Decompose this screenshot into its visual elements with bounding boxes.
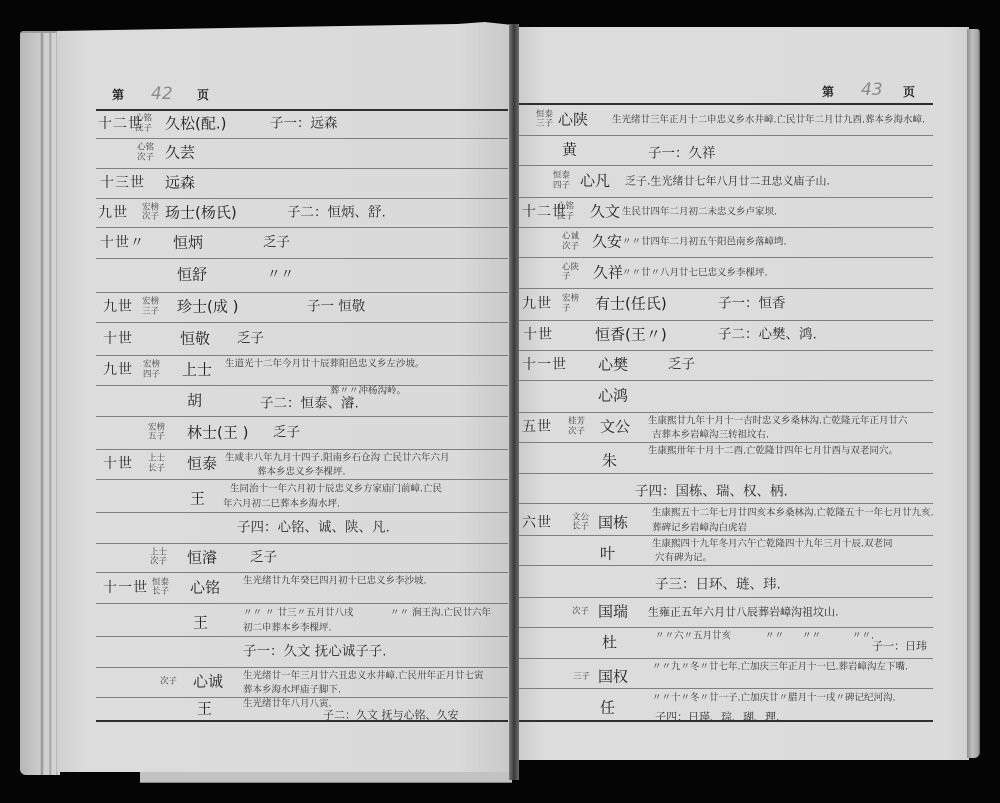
family-note: 子一：恒香 xyxy=(718,297,786,311)
family-note: 生雍正五年六月廿八辰葬岩嶂沟祖坟山. xyxy=(648,607,839,618)
family-note: 子一：久祥 xyxy=(648,147,716,161)
page-number: 42 xyxy=(151,86,173,103)
person-name: 文公 xyxy=(600,420,630,435)
genealogy-row: 恒泰三子 心陕 生光绪廿三年正月十二申忠义乡水井嶂.亡民廿年二月廿九酉.葬本乡海… xyxy=(0,104,1000,135)
life-record-line: 〃〃九〃冬〃廿七年.亡加庆三年正月十一巳.葬岩嶂沟左下嘴. xyxy=(652,662,908,672)
person-name: 任 xyxy=(600,700,615,715)
generation-label: 十一世 xyxy=(522,358,567,372)
relation-note-line: 抚子 xyxy=(557,212,574,222)
life-record-line: 生康熙廿九年十月十一吉时忠义乡桑林沟.亡乾隆元年正月廿六 xyxy=(648,416,908,426)
person-name: 有士(任氏) xyxy=(595,297,667,312)
page-label-suffix: 页 xyxy=(903,86,915,98)
person-name: 久祥 xyxy=(593,265,623,280)
life-record-line: 生民廿四年二月初二未忠义乡卢家坝. xyxy=(622,207,777,217)
genealogy-row: 恒泰四子 心凡 乏子.生光绪廿七年八月廿二丑忠义庙子山. xyxy=(0,165,1000,197)
genealogy-row: 五世 桂芳次子 文公 生康熙廿九年十月十一吉时忠义乡桑林沟.亡乾隆元年正月廿六 … xyxy=(0,412,1000,442)
generation-label: 九世 xyxy=(522,297,552,311)
person-name: 心陕 xyxy=(558,112,588,127)
family-note: 子四：日瑛、琮、瑚、理. xyxy=(655,712,780,723)
genealogy-row: 杜 〃〃六〃五月廿亥 〃〃 〃〃 〃〃. 子一：日玮 xyxy=(0,627,1000,658)
person-name: 恒香(王〃) xyxy=(595,328,667,343)
relation-note: 心铭抚子 xyxy=(557,203,574,222)
genealogy-row: 十一世 心樊 乏子 xyxy=(0,350,1000,380)
family-note: 子一：日玮 xyxy=(872,641,927,652)
life-record-line: 生康熙卅年十月十二酉.亡乾隆廿四年七月廿酉与双老同穴。 xyxy=(648,447,898,457)
life-record-line: 葬碑记乡岩嶂沟白虎岩 xyxy=(652,523,747,533)
genealogy-row: 十世 恒香(王〃) 子二：心樊、鸿. xyxy=(0,320,1000,350)
relation-note-line: 三子 xyxy=(536,120,553,130)
life-record-line: 〃〃 xyxy=(802,632,821,642)
relation-note-line: 次子 xyxy=(562,242,579,252)
genealogy-row: 黄 子一：久祥 xyxy=(0,135,1000,165)
life-record-line: 〃〃廿〃八月廿七巳忠义乡李棵坪. xyxy=(622,268,768,278)
relation-note-line: 长子 xyxy=(572,523,589,533)
family-note: 乏子 xyxy=(668,358,695,372)
life-record-line: 〃〃廿四年二月初五午阳邑南乡落嶂塆. xyxy=(622,237,787,247)
genealogy-row: 心鸿 xyxy=(0,380,1000,412)
life-record-line: 〃〃 xyxy=(765,632,784,642)
person-name: 国栋 xyxy=(598,515,628,530)
genealogy-row: 叶 生康熙四十九年冬月六午亡乾隆四十九年三月十辰.双老同 穴有碑为记。 xyxy=(0,535,1000,565)
relation-note: 次子 xyxy=(572,607,589,617)
person-name: 朱 xyxy=(602,454,617,469)
page-label-prefix: 第 xyxy=(822,86,834,98)
relation-note-line: 子 xyxy=(562,304,579,314)
genealogy-row: 任 〃〃十〃冬〃廿一子.亡加庆廿〃腊月十一戌〃碑记纪河沟. 子四：日瑛、琮、瑚、… xyxy=(0,688,1000,720)
generation-label: 五世 xyxy=(522,420,552,434)
relation-note-line: 三子 xyxy=(573,672,590,682)
generation-label: 六世 xyxy=(522,516,552,530)
relation-note-line: 次子 xyxy=(568,427,585,437)
relation-note: 恒泰三子 xyxy=(536,110,553,129)
relation-note-line: 子 xyxy=(562,273,579,283)
relation-note-line: 次子 xyxy=(572,607,589,617)
genealogy-row: 朱 生康熙卅年十月十二酉.亡乾隆廿四年七月廿酉与双老同穴。 xyxy=(0,442,1000,473)
relation-note: 心陕子 xyxy=(562,263,579,282)
life-record-line: 生康熙五十二年七月廿四亥本乡桑林沟.亡乾隆五十一年七月廿九亥. xyxy=(652,508,934,518)
family-note: 子四：国栋、瑞、权、柄. xyxy=(635,485,788,499)
genealogy-row: 次子 国瑞 生雍正五年六月廿八辰葬岩嶂沟祖坟山. xyxy=(0,597,1000,627)
genealogy-row: 九世 宏榜子 有士(任氏) 子一：恒香 xyxy=(0,288,1000,320)
person-name: 心凡 xyxy=(580,174,610,189)
page-number: 43 xyxy=(861,82,883,99)
person-name: 黄 xyxy=(562,143,577,158)
life-record-line: 生康熙四十九年冬月六午亡乾隆四十九年三月十辰.双老同 xyxy=(652,539,893,549)
relation-note: 桂芳次子 xyxy=(568,418,585,437)
life-record-line: 穴有碑为记。 xyxy=(655,553,712,563)
person-name: 久文 xyxy=(590,205,620,220)
generation-label: 十世 xyxy=(523,328,553,342)
relation-note: 恒泰四子 xyxy=(553,172,570,191)
family-note: 子三：日环、琏、玮. xyxy=(655,578,781,592)
genealogy-row: 子三：日环、琏、玮. xyxy=(0,565,1000,597)
person-name: 心樊 xyxy=(598,358,628,373)
genealogy-row: 子四：国栋、瑞、权、柄. xyxy=(0,473,1000,503)
genealogy-row: 三子 国权 〃〃九〃冬〃廿七年.亡加庆三年正月十一巳.葬岩嶂沟左下嘴. xyxy=(0,658,1000,688)
book-scan: 第 42 页 十二世 心铭抚子 久松(配.) 子一：远森 心 xyxy=(0,0,1000,803)
relation-note: 宏榜子 xyxy=(562,295,579,314)
relation-note: 三子 xyxy=(573,672,590,682)
person-name: 叶 xyxy=(600,546,615,561)
relation-note: 心诚次子 xyxy=(562,233,579,252)
relation-note: 文公长子 xyxy=(572,513,589,532)
person-name: 杜 xyxy=(602,635,617,650)
family-note: 子二：心樊、鸿. xyxy=(718,328,817,342)
genealogy-row: 心诚次子 久安 〃〃廿四年二月初五午阳邑南乡落嶂塆. xyxy=(0,227,1000,257)
life-record-line: 〃〃十〃冬〃廿一子.亡加庆廿〃腊月十一戌〃碑记纪河沟. xyxy=(652,693,896,703)
life-record-line: 〃〃六〃五月廿亥 xyxy=(655,632,731,642)
relation-note-line: 四子 xyxy=(553,181,570,191)
family-note: 乏子.生光绪廿七年八月廿二丑忠义庙子山. xyxy=(625,176,830,187)
life-record-line: 生光绪廿三年正月十二申忠义乡水井嶂.亡民廿年二月廿九酉.葬本乡海水嶂. xyxy=(612,115,925,125)
life-record-line: 〃〃. xyxy=(852,632,874,642)
genealogy-row: 心陕子 久祥 〃〃廿〃八月廿七巳忠义乡李棵坪. xyxy=(0,257,1000,288)
person-name: 心鸿 xyxy=(598,389,628,404)
person-name: 久安 xyxy=(592,235,622,250)
person-name: 国瑞 xyxy=(598,605,628,620)
life-record-line: 吉葬本乡岩嶂沟三转祖坟右. xyxy=(652,430,769,440)
page-label-suffix: 页 xyxy=(197,89,209,101)
page-label-prefix: 第 xyxy=(112,89,124,101)
genealogy-row: 十二世 心铭抚子 久文 生民廿四年二月初二未忠义乡卢家坝. xyxy=(0,197,1000,227)
genealogy-row: 六世 文公长子 国栋 生康熙五十二年七月廿四亥本乡桑林沟.亡乾隆五十一年七月廿九… xyxy=(0,503,1000,535)
person-name: 国权 xyxy=(598,669,628,684)
